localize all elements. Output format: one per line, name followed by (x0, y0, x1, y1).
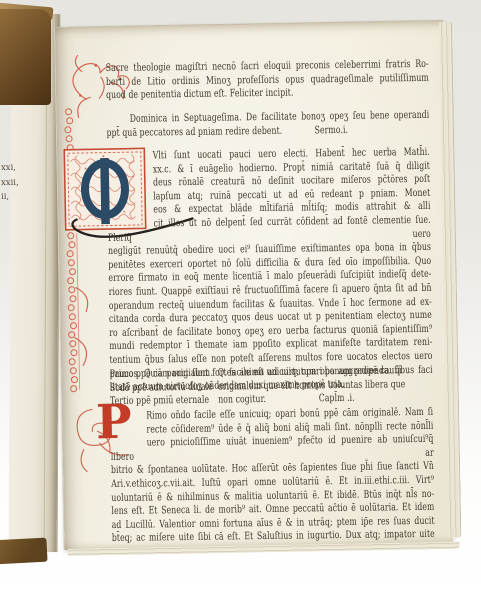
incipit-header: Sacre theologie magiſtri necnō ſacri elo… (106, 58, 429, 103)
scheme-left: Tertio ppē pmiū eternale (110, 394, 209, 407)
scheme-left: Primo ppē cām origialem. (110, 367, 213, 380)
body-line: cit illos ut nō delpent̄ ſed currāt cōfi… (108, 214, 431, 245)
paragraph-2: Rimo on̄do facile eſſe unicuiq; opari bo… (110, 406, 435, 546)
scheme-right: non cogitur. (218, 393, 266, 407)
leather-corner-bottom (0, 538, 48, 565)
fragment-line: xxii, (1, 176, 19, 191)
sermon-rubric: Dominica in Septuageſima. De facilitate … (106, 109, 429, 140)
facing-page-text-fragments: xxi, xxii, ii, (1, 161, 19, 205)
scheme-left: Scdō ppē adiutoriū dinale (110, 380, 213, 393)
division-scheme: Primo ppē cām origialem. Q. facile eſt u… (110, 364, 433, 409)
fragment-line: ii, (1, 190, 19, 205)
rubric-line: ppt̄ quā peccatores ad pniam redire debe… (106, 122, 429, 140)
book-photo: xxi, xxii, ii, (0, 0, 481, 600)
initial-m-spacer (107, 149, 154, 219)
fragment-line: xxi, (1, 161, 19, 176)
initial-p-spacer (110, 410, 146, 438)
fore-edge-page-stack (439, 22, 461, 538)
header-line: quod de penitentia dictum eſt. Feliciter… (106, 85, 429, 103)
paragraph-1: Vlti ſunt uocati pauci uero electi. Habe… (107, 146, 433, 395)
sermo-number: Sermo.i. (314, 123, 348, 137)
rubric-text: ppt̄ quā peccatores ad pniam redire debe… (106, 124, 282, 138)
leather-corner-top (0, 9, 51, 105)
text-column: Sacre theologie magiſtri necnō ſacri elo… (106, 56, 435, 538)
chapter-label: Capl̄m .i. (319, 392, 355, 406)
book-page: P Sacre theologie magiſtri necnō ſacri e… (54, 20, 453, 550)
